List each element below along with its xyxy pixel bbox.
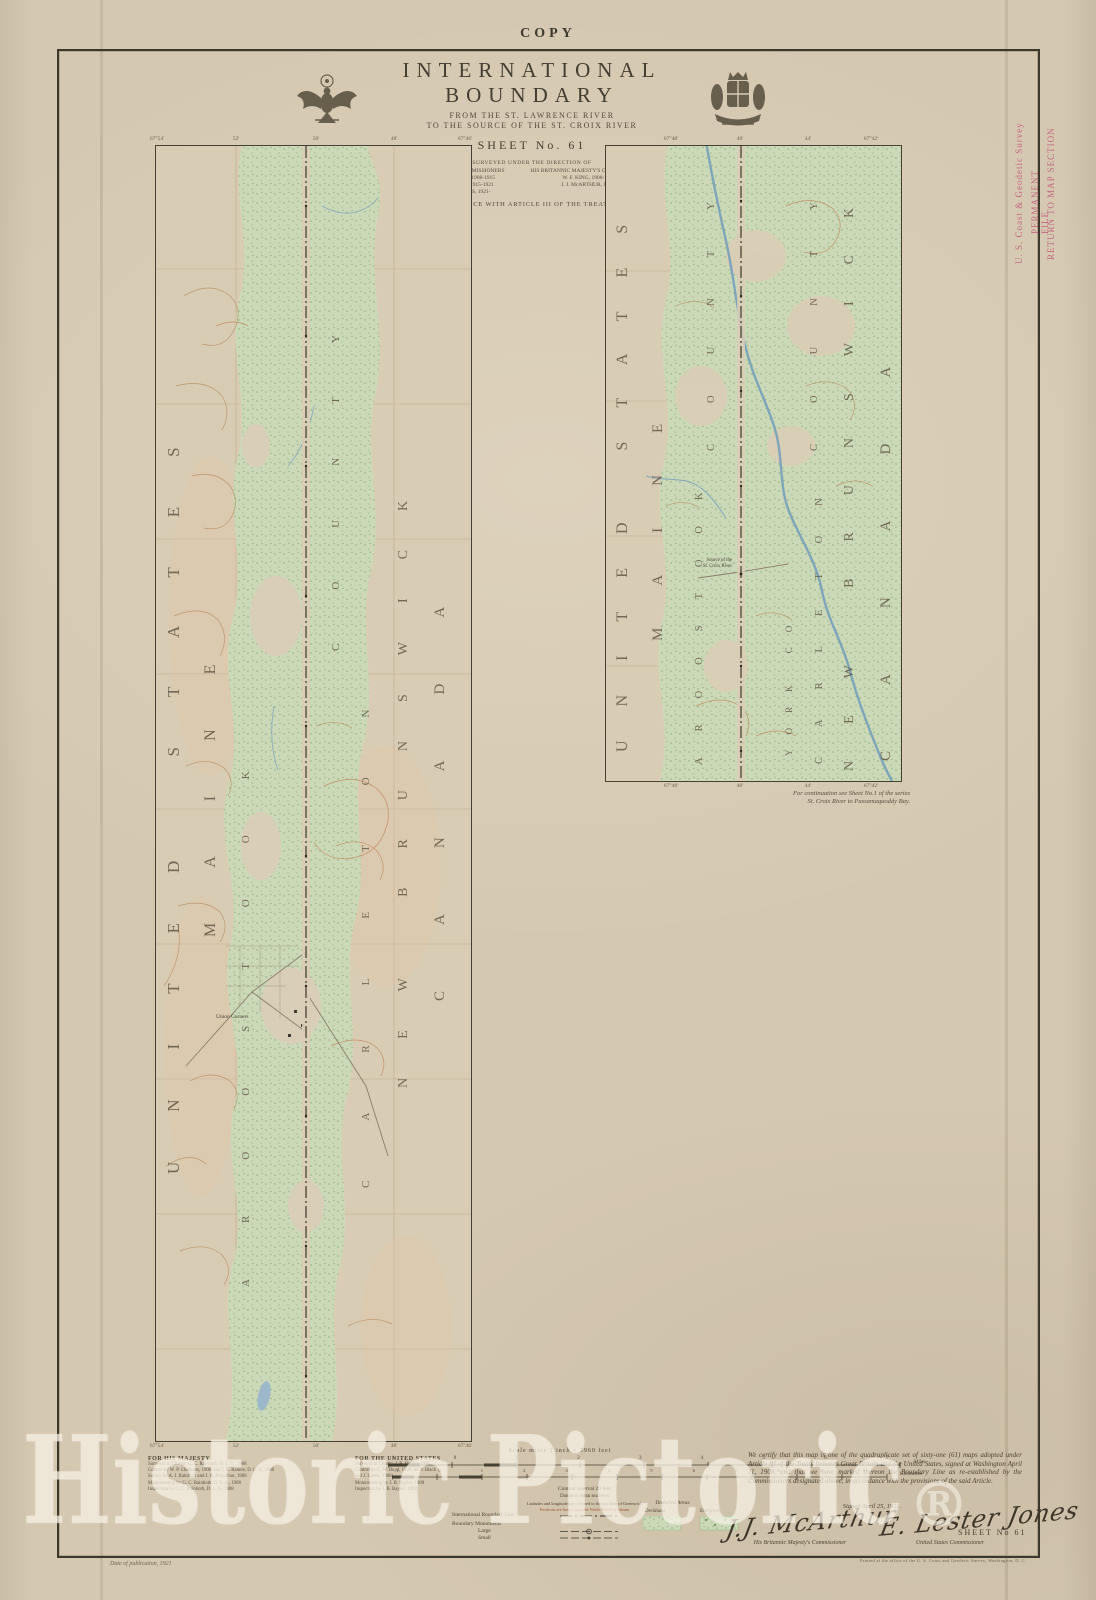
map-sheet-page: COPY INTERNATIONAL BOUNDARY FROM THE ST.… [0, 0, 1096, 1600]
right-top-tick: 67°48' [664, 136, 678, 142]
archive-stamp-line3: RETURN TO MAP SECTION [1046, 126, 1056, 260]
right-label-county-ca: COUNTY [809, 161, 831, 451]
certification-text: We certify that this map is one of the q… [748, 1451, 1022, 1485]
right-label-county-us: COUNTY [706, 161, 728, 451]
publication-date-note: Date of publication, 1921 [110, 1561, 172, 1567]
archive-stamp-line1: U. S. Coast & Geodetic Survey [1014, 122, 1024, 264]
signature-caption-left: His Britannic Majesty's Commissioner [754, 1540, 847, 1546]
fine-note-2: Positions are based upon the North Ameri… [540, 1507, 631, 1512]
place-label-union-corners: Union Corners [216, 1014, 249, 1020]
map-title: INTERNATIONAL BOUNDARY [330, 58, 734, 108]
right-bottom-tick: 46' [737, 783, 744, 789]
left-bottom-tick: 50' [313, 1443, 320, 1449]
legend-monument-small-sample [560, 1535, 618, 1541]
left-top-tick: 67°46' [458, 136, 472, 142]
left-top-tick: 52' [233, 136, 240, 142]
left-top-tick: 67°54' [150, 136, 164, 142]
right-label-united-states: UNITED STATES [614, 176, 636, 766]
timbered-areas-header: Timbered Areas [655, 1500, 689, 1506]
us-great-seal-eagle-icon [295, 72, 359, 126]
left-bottom-tick: 67°46' [458, 1443, 472, 1449]
source-st-croix-label-2: St. Croix River [668, 564, 732, 569]
right-label-maine: MAINE [650, 381, 672, 641]
left-label-united-states: UNITED STATES [164, 371, 186, 1201]
sheet-number-corner: SHEET No 61 [958, 1528, 1027, 1537]
left-label-new-brunswick: NEW BRUNSWICK [396, 466, 418, 1088]
datum-note: Datum is mean sea level. [560, 1494, 610, 1499]
right-map-strip: UNITED STATES MAINE COUNTY AROOSTOOK COU… [605, 145, 902, 782]
continuation-note-line1: For continuation see Sheet No.1 of the s… [700, 790, 910, 798]
legend-boundary-line-label: International Boundary Line [452, 1512, 515, 1518]
map-subtitle-1: FROM THE ST. LAWRENCE RIVER [330, 111, 734, 120]
left-top-tick: 48' [391, 136, 398, 142]
source-st-croix-label-1: Source of the [670, 558, 732, 563]
signature-caption-right: United States Commissioner [916, 1540, 984, 1546]
credits-us-line: Inspection by J. B. Baylor, 1908 [355, 1487, 565, 1493]
left-map-strip: UNITED STATES MAINE AROOSTOOK COUNTY CAR… [155, 145, 472, 1442]
right-top-tick: 44' [805, 136, 812, 142]
right-label-york-co: YORK CO [784, 601, 806, 766]
right-top-tick: 67°42' [864, 136, 878, 142]
right-bottom-tick: 67°42' [864, 783, 878, 789]
legend-monument-large-sample [560, 1528, 618, 1535]
left-label-county: COUNTY [330, 271, 352, 661]
left-bottom-tick: 67°54' [150, 1443, 164, 1449]
continuation-note: For continuation see Sheet No.1 of the s… [700, 790, 910, 806]
left-label-aroostook: AROOSTOOK [240, 701, 262, 1301]
legend-monument-small-label: Small [478, 1535, 491, 1541]
left-bottom-tick: 52' [233, 1443, 240, 1449]
continuation-note-line2: St. Croix River to Passamaquoddy Bay. [700, 798, 910, 806]
legend-boundary-line-sample [560, 1514, 618, 1518]
credits-hm-line: Inspection by G. C. Rainboth, D. L. S., … [148, 1487, 348, 1493]
left-label-maine: MAINE [202, 601, 224, 946]
left-label-canada: CANADA [432, 531, 454, 1011]
left-top-tick: 50' [313, 136, 320, 142]
right-top-tick: 46' [737, 136, 744, 142]
copy-stamp: COPY [0, 26, 1096, 42]
evergreen-label: Evergreen [700, 1509, 720, 1514]
right-bottom-tick: 67°48' [664, 783, 678, 789]
credits-his-majesty: FOR HIS MAJESTY Surveyor in Charge: G. C… [148, 1456, 348, 1493]
fine-note-1: Latitudes and longitudes are referred to… [527, 1501, 643, 1506]
right-label-canada: CANADA [878, 291, 900, 771]
map-subtitle-2: TO THE SOURCE OF THE ST. CROIX RIVER [330, 121, 734, 130]
right-label-new-brunswick: NEW BRUNSWICK [842, 171, 864, 771]
contour-interval-note: Contour interval 20 feet. [558, 1486, 612, 1492]
right-label-carleton: CARLETON [814, 466, 836, 766]
left-label-carleton: CARLETON [360, 641, 382, 1196]
archive-stamp: U. S. Coast & Geodetic Survey PERMANENT … [1008, 118, 1094, 268]
deciduous-label: Deciduous [645, 1509, 666, 1514]
royal-coat-of-arms-icon [710, 68, 766, 130]
legend-monument-large-label: Large [478, 1528, 491, 1534]
left-bottom-tick: 48' [391, 1443, 398, 1449]
legend-monuments-label: Boundary Monuments [452, 1521, 501, 1527]
printer-imprint: Printed at the office of the U. S. Coast… [860, 1558, 1026, 1563]
scale-title: Scale miles 1 inch = 3960 feet [509, 1448, 612, 1454]
right-bottom-tick: 44' [805, 783, 812, 789]
right-label-aroostook: AROOSTOOK [694, 466, 716, 766]
